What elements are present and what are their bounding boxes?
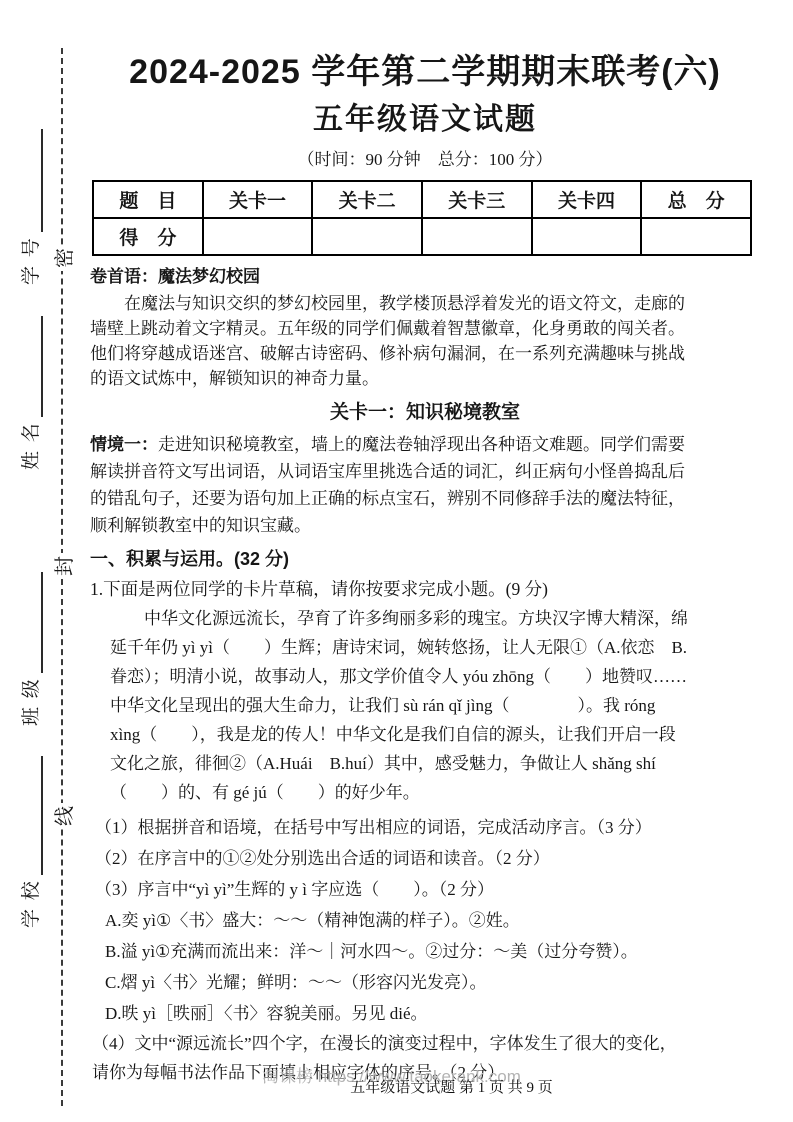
score-cell-level3: [422, 218, 532, 255]
score-table-header-row: 题 目 关卡一 关卡二 关卡三 关卡四 总 分: [93, 181, 751, 218]
preface-line: 在魔法与知识交织的梦幻校园里，教学楼顶悬浮着发光的语文符文，走廊的: [90, 291, 760, 316]
score-table-header-level2: 关卡二: [312, 181, 422, 218]
card-line: xìng（ ），我是龙的传人！中华文化是我们自信的源头，让我们开启一段: [110, 720, 760, 749]
question3-options: A.奕 yì①〈书〉盛大：～～（精神饱满的样子）。②姓。 B.溢 yì①充满而流…: [105, 905, 760, 1029]
exam-title: 2024-2025 学年第二学期期末联考(六): [90, 52, 760, 92]
card-line: 眷恋）；明清小说，故事动人，那文学价值令人 yóu zhōng（ ）地赞叹……: [110, 662, 760, 691]
page-number-footer: 五年级语文试题 第 1 页 共 9 页: [0, 1076, 793, 1097]
scene1-line: 情境一：走进知识秘境教室，墙上的魔法卷轴浮现出各种语文难题。同学们需要: [90, 431, 760, 458]
seal-char-feng: 封: [47, 553, 77, 579]
scene1-line: 顺利解锁教室中的知识宝藏。: [90, 512, 760, 539]
scene1-paragraph: 情境一：走进知识秘境教室，墙上的魔法卷轴浮现出各种语文难题。同学们需要 解读拼音…: [90, 431, 760, 539]
score-table-header-topic: 题 目: [93, 181, 203, 218]
seal-field-class-label: 班 级: [16, 677, 43, 726]
option-c: C.熠 yì〈书〉光耀；鲜明：～～（形容闪光发亮）。: [105, 967, 760, 998]
score-row-label: 得 分: [93, 218, 203, 255]
preface-heading: 卷首语：魔法梦幻校园: [90, 265, 760, 289]
level1-heading: 关卡一：知识秘境教室: [90, 400, 760, 426]
card-line: 中华文化源远流长，孕育了许多绚丽多彩的瑰宝。方块汉字博大精深，绵: [110, 604, 760, 633]
score-table-header-level4: 关卡四: [532, 181, 642, 218]
seal-char-mi: 密: [47, 245, 77, 271]
sub-question-2: （2）在序言中的①②处分别选出合适的词语和读音。（2 分）: [95, 843, 760, 874]
student-id-blank: [26, 129, 43, 232]
preface-line: 他们将穿越成语迷宫、破解古诗密码、修补病句漏洞，在一系列充满趣味与挑战: [90, 341, 760, 366]
preface-line: 的语文试炼中，解锁知识的神奇力量。: [90, 366, 760, 391]
exam-paper-page: { "page": { "title_line1": "2024-2025 学年…: [0, 0, 793, 1122]
seal-field-name: 姓 名: [17, 316, 43, 470]
scene1-line: 的错乱句子，还要为语句加上正确的标点宝石，辨别不同修辞手法的魔法特征，: [90, 485, 760, 512]
seal-field-name-label: 姓 名: [16, 421, 43, 470]
seal-field-student-id: 学 号: [17, 129, 43, 285]
question1-sub-questions: （1）根据拼音和语境，在括号中写出相应的词语，完成活动序言。（3 分） （2）在…: [95, 812, 760, 905]
card-line: 中华文化呈现出的强大生命力，让我们 sù rán qǐ jìng（ ）。我 ró…: [110, 691, 760, 720]
option-b: B.溢 yì①充满而流出来：洋～｜河水四～。②过分：～美（过分夸赞）。: [105, 936, 760, 967]
school-blank: [26, 756, 43, 875]
score-table-header-level1: 关卡一: [203, 181, 313, 218]
option-a: A.奕 yì①〈书〉盛大：～～（精神饱满的样子）。②姓。: [105, 905, 760, 936]
score-table-score-row: 得 分: [93, 218, 751, 255]
sub-question-3: （3）序言中“yì yì”生辉的 y ì 字应选（ ）。（2 分）: [95, 874, 760, 905]
sub-question-4-line: （4）文中“源远流长”四个字，在漫长的演变过程中，字体发生了很大的变化，: [92, 1029, 760, 1058]
class-blank: [26, 572, 43, 673]
score-cell-total: [641, 218, 751, 255]
exam-content: 2024-2025 学年第二学期期末联考(六) 五年级语文试题 （时间：90 分…: [90, 38, 760, 1087]
score-table: 题 目 关卡一 关卡二 关卡三 关卡四 总 分 得 分: [92, 180, 752, 256]
seal-char-xian: 线: [47, 803, 77, 829]
question1-card-text: 中华文化源远流长，孕育了许多绚丽多彩的瑰宝。方块汉字博大精深，绵 延千年仍 yì…: [110, 604, 760, 807]
seal-field-school-label: 学 校: [16, 879, 43, 928]
section1-heading: 一、积累与运用。(32 分): [90, 546, 760, 572]
name-blank: [26, 316, 43, 417]
score-table-header-total: 总 分: [641, 181, 751, 218]
exam-meta-line: （时间：90 分钟 总分：100 分）: [90, 149, 760, 171]
score-cell-level2: [312, 218, 422, 255]
sub-question-1: （1）根据拼音和语境，在括号中写出相应的词语，完成活动序言。（3 分）: [95, 812, 760, 843]
seal-field-class: 班 级: [17, 572, 43, 726]
scene1-label: 情境一：: [90, 435, 158, 454]
exam-subtitle: 五年级语文试题: [90, 101, 760, 139]
question1-stem: 1.下面是两位同学的卡片草稿，请你按要求完成小题。(9 分): [90, 576, 760, 602]
score-cell-level1: [203, 218, 313, 255]
preface-paragraph: 在魔法与知识交织的梦幻校园里，教学楼顶悬浮着发光的语文符文，走廊的 墙壁上跳动着…: [90, 291, 760, 391]
score-cell-level4: [532, 218, 642, 255]
score-table-header-level3: 关卡三: [422, 181, 532, 218]
card-line: （ ）的、有 gé jú（ ）的好少年。: [110, 778, 760, 807]
option-d: D.昳 yì［昳丽］〈书〉容貌美丽。另见 dié。: [105, 998, 760, 1029]
card-line: 文化之旅，徘徊②（A.Huái B.huí）其中，感受魅力，争做让人 shǎng…: [110, 749, 760, 778]
seal-field-student-id-label: 学 号: [16, 236, 43, 285]
preface-line: 墙壁上跳动着文字精灵。五年级的同学们佩戴着智慧徽章，化身勇敢的闯关者。: [90, 316, 760, 341]
scene1-line-text: 走进知识秘境教室，墙上的魔法卷轴浮现出各种语文难题。同学们需要: [158, 435, 685, 454]
scene1-line: 解读拼音符文写出词语，从词语宝库里挑选合适的词汇，纠正病句小怪兽捣乱后: [90, 458, 760, 485]
card-line: 延千年仍 yì yì（ ）生辉；唐诗宋词，婉转悠扬，让人无限①（A.依恋 B.: [110, 633, 760, 662]
seal-field-school: 学 校: [17, 756, 43, 928]
